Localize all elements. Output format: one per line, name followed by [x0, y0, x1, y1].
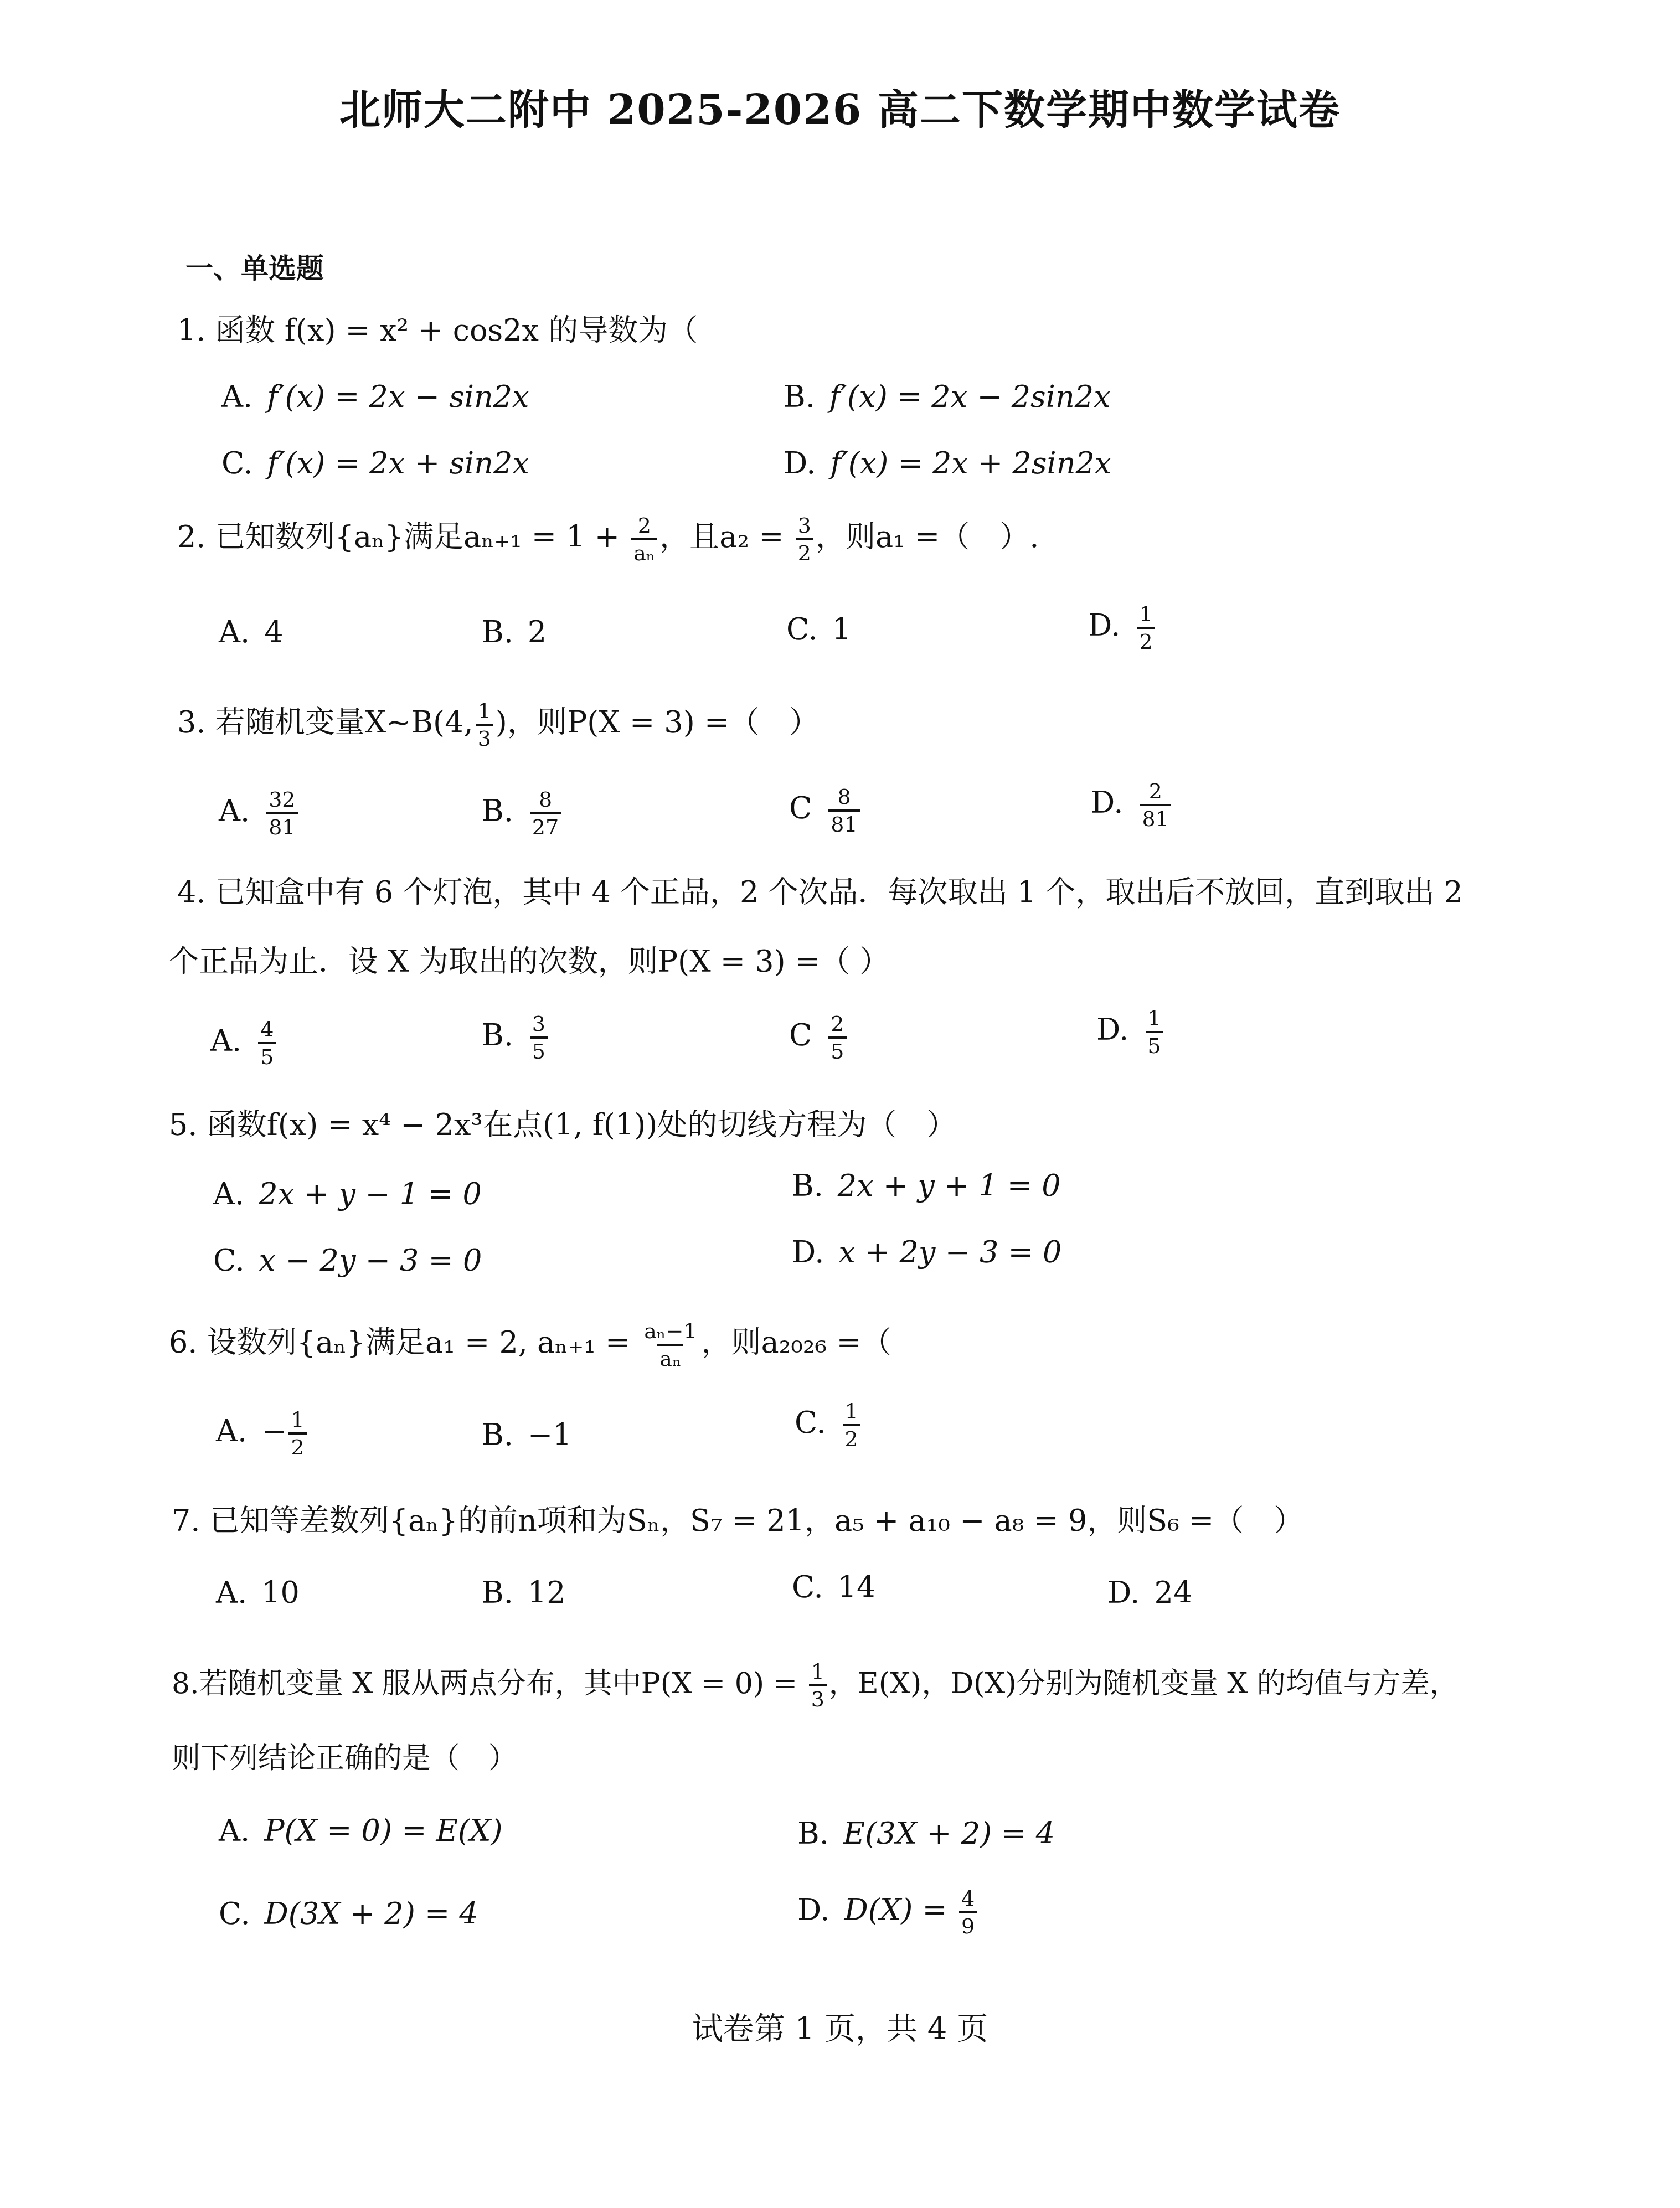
- fraction: 32: [796, 515, 813, 564]
- fraction-denominator: 81: [828, 809, 859, 835]
- fraction-numerator: 1: [476, 700, 493, 724]
- option-d[interactable]: D.12: [1088, 603, 1157, 652]
- question-stem: ，且a₂ =: [659, 519, 793, 554]
- option-label: A.: [219, 615, 250, 649]
- option-label: C.: [219, 1896, 250, 1931]
- question-number: 3.: [177, 705, 206, 740]
- option-d[interactable]: D.x + 2y − 3 = 0: [792, 1237, 1061, 1267]
- option-label: C.: [792, 1570, 823, 1605]
- fraction-numerator: 1: [288, 1409, 306, 1432]
- option-sign: −: [261, 1413, 286, 1448]
- option-label: B.: [482, 1018, 513, 1053]
- fraction-denominator: 5: [1146, 1031, 1163, 1056]
- question-1: 1. 函数 f(x) = x² + cos2x 的导数为（: [177, 316, 698, 345]
- fraction-numerator: aₙ−1: [642, 1320, 699, 1344]
- question-stem: 函数 f(x) = x² + cos2x 的导数为（: [215, 313, 698, 348]
- option-text: D(3X + 2) = 4: [265, 1896, 478, 1931]
- option-text: x − 2y − 3 = 0: [259, 1243, 482, 1278]
- fraction-denominator: 9: [959, 1911, 977, 1937]
- option-label: A.: [216, 1413, 247, 1448]
- fraction-numerator: 1: [1146, 1008, 1163, 1031]
- option-label: B.: [792, 1168, 823, 1203]
- option-b[interactable]: B.12: [482, 1578, 566, 1608]
- option-text: E(3X + 2) = 4: [843, 1816, 1055, 1851]
- option-label: A.: [219, 793, 250, 828]
- option-b[interactable]: B.2: [482, 617, 547, 647]
- section-heading: 一、单选题: [185, 246, 324, 286]
- option-label: B.: [482, 793, 513, 828]
- question-2: 2. 已知数列{aₙ}满足aₙ₊₁ = 1 + 2aₙ，且a₂ = 32，则a₁…: [177, 515, 1039, 564]
- fraction-denominator: 3: [809, 1684, 827, 1710]
- question-8-line-2: 则下列结论正确的是（ ）: [172, 1744, 517, 1773]
- fraction-denominator: 2: [288, 1432, 306, 1458]
- fraction-numerator: 8: [835, 786, 853, 809]
- option-c[interactable]: C.14: [792, 1572, 875, 1602]
- question-number: 7.: [172, 1503, 200, 1538]
- fraction-numerator: 1: [809, 1661, 827, 1684]
- option-c[interactable]: C.1: [786, 615, 851, 644]
- fraction: 45: [258, 1019, 276, 1067]
- option-label: D.: [1096, 1012, 1129, 1047]
- option-label: C: [789, 1018, 812, 1053]
- option-text: f′(x) = 2x − 2sin2x: [829, 379, 1111, 414]
- question-stem: )，则P(X = 3) =（ ）: [496, 705, 819, 740]
- fraction-numerator: 2: [1147, 781, 1164, 804]
- question-number: 5.: [169, 1107, 198, 1142]
- question-stem: 设数列{aₙ}满足a₁ = 2, aₙ₊₁ =: [207, 1325, 640, 1360]
- option-text: f′(x) = 2x − sin2x: [267, 379, 529, 414]
- option-c[interactable]: C.x − 2y − 3 = 0: [213, 1246, 482, 1276]
- option-text: x + 2y − 3 = 0: [839, 1235, 1062, 1270]
- option-d[interactable]: D.15: [1096, 1008, 1166, 1056]
- option-a[interactable]: A.P(X = 0) = E(X): [219, 1816, 503, 1846]
- fraction-numerator: 1: [1137, 603, 1155, 627]
- fraction: 881: [828, 786, 859, 835]
- option-label: D.: [1091, 785, 1124, 820]
- fraction-numerator: 3: [530, 1013, 548, 1036]
- option-text: 1: [832, 612, 851, 647]
- option-label: C.: [786, 612, 818, 647]
- fraction-numerator: 2: [828, 1013, 846, 1036]
- option-label: A.: [216, 1575, 247, 1610]
- fraction: 3281: [266, 789, 297, 838]
- option-b[interactable]: B.f′(x) = 2x − 2sin2x: [784, 382, 1111, 412]
- question-5: 5. 函数f(x) = x⁴ − 2x³在点(1, f(1))处的切线方程为（ …: [169, 1110, 956, 1140]
- option-a[interactable]: A.2x + y − 1 = 0: [213, 1179, 482, 1209]
- option-label: D.: [1107, 1575, 1140, 1610]
- option-text: D(X) =: [844, 1892, 957, 1927]
- option-label: D.: [1088, 608, 1121, 643]
- fraction-denominator: 3: [476, 724, 493, 749]
- fraction-denominator: 5: [828, 1036, 846, 1062]
- fraction: 281: [1140, 781, 1171, 829]
- option-label: B.: [797, 1816, 829, 1851]
- fraction-denominator: 81: [1140, 804, 1171, 829]
- fraction-denominator: aₙ: [657, 1344, 683, 1369]
- question-number: 6.: [169, 1325, 198, 1360]
- option-a[interactable]: A.3281: [219, 789, 300, 838]
- option-text: f′(x) = 2x + sin2x: [267, 446, 529, 481]
- fraction-numerator: 3: [796, 515, 813, 538]
- option-b[interactable]: B.35: [482, 1013, 550, 1062]
- option-a[interactable]: A.10: [216, 1578, 300, 1608]
- fraction: 13: [809, 1661, 827, 1710]
- question-stem: 已知盒中有 6 个灯泡，其中 4 个正品，2 个次品．每次取出 1 个，取出后不…: [215, 875, 1463, 910]
- question-stem: 若随机变量 X 服从两点分布，其中P(X = 0) =: [199, 1667, 807, 1700]
- option-text: f′(x) = 2x + 2sin2x: [831, 446, 1112, 481]
- option-label: B.: [784, 379, 815, 414]
- option-a[interactable]: A.45: [210, 1019, 278, 1067]
- question-number: 2.: [177, 519, 206, 554]
- option-b[interactable]: B.2x + y + 1 = 0: [792, 1171, 1061, 1201]
- fraction-denominator: 5: [258, 1042, 276, 1067]
- fraction-numerator: 32: [266, 789, 297, 812]
- option-text: 14: [838, 1570, 876, 1605]
- page-title: 北师大二附中 2025-2026 高二下数学期中数学试卷: [0, 78, 1680, 136]
- option-a[interactable]: A.−12: [216, 1409, 309, 1458]
- option-b[interactable]: B.E(3X + 2) = 4: [797, 1819, 1055, 1849]
- fraction: 25: [828, 1013, 846, 1062]
- question-4: 4. 已知盒中有 6 个灯泡，其中 4 个正品，2 个次品．每次取出 1 个，取…: [177, 878, 1463, 907]
- option-label: C.: [795, 1405, 826, 1440]
- fraction-denominator: 27: [530, 812, 561, 838]
- question-number: 4.: [177, 875, 206, 910]
- option-label: D.: [797, 1892, 830, 1927]
- fraction-numerator: 1: [843, 1401, 860, 1424]
- option-label: C.: [213, 1243, 245, 1278]
- question-stem: 已知数列{aₙ}满足aₙ₊₁ = 1 +: [215, 519, 629, 554]
- option-a[interactable]: A.4: [219, 617, 284, 647]
- option-label: D.: [784, 446, 816, 481]
- fraction: aₙ−1aₙ: [642, 1320, 699, 1369]
- question-stem: ，则a₂₀₂₆ =（: [701, 1325, 891, 1360]
- question-number: 1.: [177, 313, 206, 348]
- fraction-numerator: 4: [258, 1019, 276, 1042]
- fraction-denominator: 81: [266, 812, 297, 838]
- question-3: 3. 若随机变量X~B(4,13)，则P(X = 3) =（ ）: [177, 700, 819, 749]
- option-a[interactable]: A.f′(x) = 2x − sin2x: [221, 382, 529, 412]
- fraction: 49: [959, 1888, 977, 1937]
- option-text: −1: [528, 1417, 572, 1452]
- option-text: 2x + y − 1 = 0: [259, 1177, 482, 1211]
- fraction: 35: [530, 1013, 548, 1062]
- question-stem: 已知等差数列{aₙ}的前n项和为Sₙ，S₇ = 21，a₅ + a₁₀ − a₈…: [210, 1503, 1304, 1538]
- option-d[interactable]: D.24: [1107, 1578, 1192, 1608]
- option-text: P(X = 0) = E(X): [264, 1813, 502, 1848]
- option-label: B.: [482, 1417, 513, 1452]
- option-c[interactable]: C25: [789, 1013, 849, 1062]
- fraction: 12: [1137, 603, 1155, 652]
- question-stem: 函数f(x) = x⁴ − 2x³在点(1, f(1))处的切线方程为（ ）: [207, 1107, 957, 1142]
- question-number: 8.: [172, 1667, 199, 1700]
- option-label: C.: [221, 446, 253, 481]
- option-d[interactable]: D.D(X) = 49: [797, 1888, 979, 1937]
- option-b[interactable]: B.−1: [482, 1420, 571, 1450]
- option-text: 24: [1155, 1575, 1193, 1610]
- fraction: 12: [288, 1409, 306, 1458]
- option-label: B.: [482, 1575, 513, 1610]
- option-c[interactable]: C881: [789, 786, 862, 835]
- question-stem: ，则a₁ =（ ）.: [816, 519, 1039, 554]
- fraction-numerator: 4: [959, 1888, 977, 1911]
- page-footer: 试卷第 1 页，共 4 页: [0, 2004, 1680, 2049]
- option-c[interactable]: C.f′(x) = 2x + sin2x: [221, 448, 529, 478]
- question-6: 6. 设数列{aₙ}满足a₁ = 2, aₙ₊₁ = aₙ−1aₙ，则a₂₀₂₆…: [169, 1320, 891, 1369]
- fraction-denominator: 2: [796, 538, 813, 564]
- fraction-numerator: 8: [537, 789, 554, 812]
- question-stem: 若随机变量X~B(4,: [215, 705, 473, 740]
- fraction-denominator: aₙ: [631, 538, 657, 564]
- fraction: 13: [476, 700, 493, 749]
- fraction-denominator: 2: [843, 1424, 860, 1449]
- option-label: B.: [482, 615, 513, 649]
- option-d[interactable]: D.281: [1091, 781, 1173, 829]
- fraction-denominator: 2: [1137, 627, 1155, 652]
- option-label: A.: [213, 1177, 244, 1211]
- option-label: C: [789, 791, 812, 826]
- question-stem: ，E(X)，D(X)分别为随机变量 X 的均值与方差，: [829, 1667, 1459, 1700]
- question-8: 8.若随机变量 X 服从两点分布，其中P(X = 0) = 13，E(X)，D(…: [172, 1661, 1459, 1710]
- option-c[interactable]: C.D(3X + 2) = 4: [219, 1899, 478, 1929]
- question-7: 7. 已知等差数列{aₙ}的前n项和为Sₙ，S₇ = 21，a₅ + a₁₀ −…: [172, 1506, 1303, 1536]
- option-text: 2: [528, 615, 547, 649]
- fraction: 12: [843, 1401, 860, 1449]
- option-label: D.: [792, 1235, 824, 1270]
- question-4-line-2: 个正品为止．设 X 为取出的次数，则P(X = 3) =（ ）: [169, 947, 889, 977]
- option-label: A.: [221, 379, 252, 414]
- option-text: 12: [528, 1575, 566, 1610]
- fraction-numerator: 2: [636, 515, 653, 538]
- fraction: 15: [1146, 1008, 1163, 1056]
- option-b[interactable]: B.827: [482, 789, 563, 838]
- option-c[interactable]: C.12: [795, 1401, 863, 1449]
- fraction-denominator: 5: [530, 1036, 548, 1062]
- option-text: 10: [261, 1575, 300, 1610]
- option-label: A.: [219, 1813, 250, 1848]
- option-label: A.: [210, 1023, 241, 1058]
- option-text: 4: [264, 615, 283, 649]
- option-d[interactable]: D.f′(x) = 2x + 2sin2x: [784, 448, 1111, 478]
- option-text: 2x + y + 1 = 0: [838, 1168, 1061, 1203]
- fraction: 2aₙ: [631, 515, 657, 564]
- fraction: 827: [530, 789, 561, 838]
